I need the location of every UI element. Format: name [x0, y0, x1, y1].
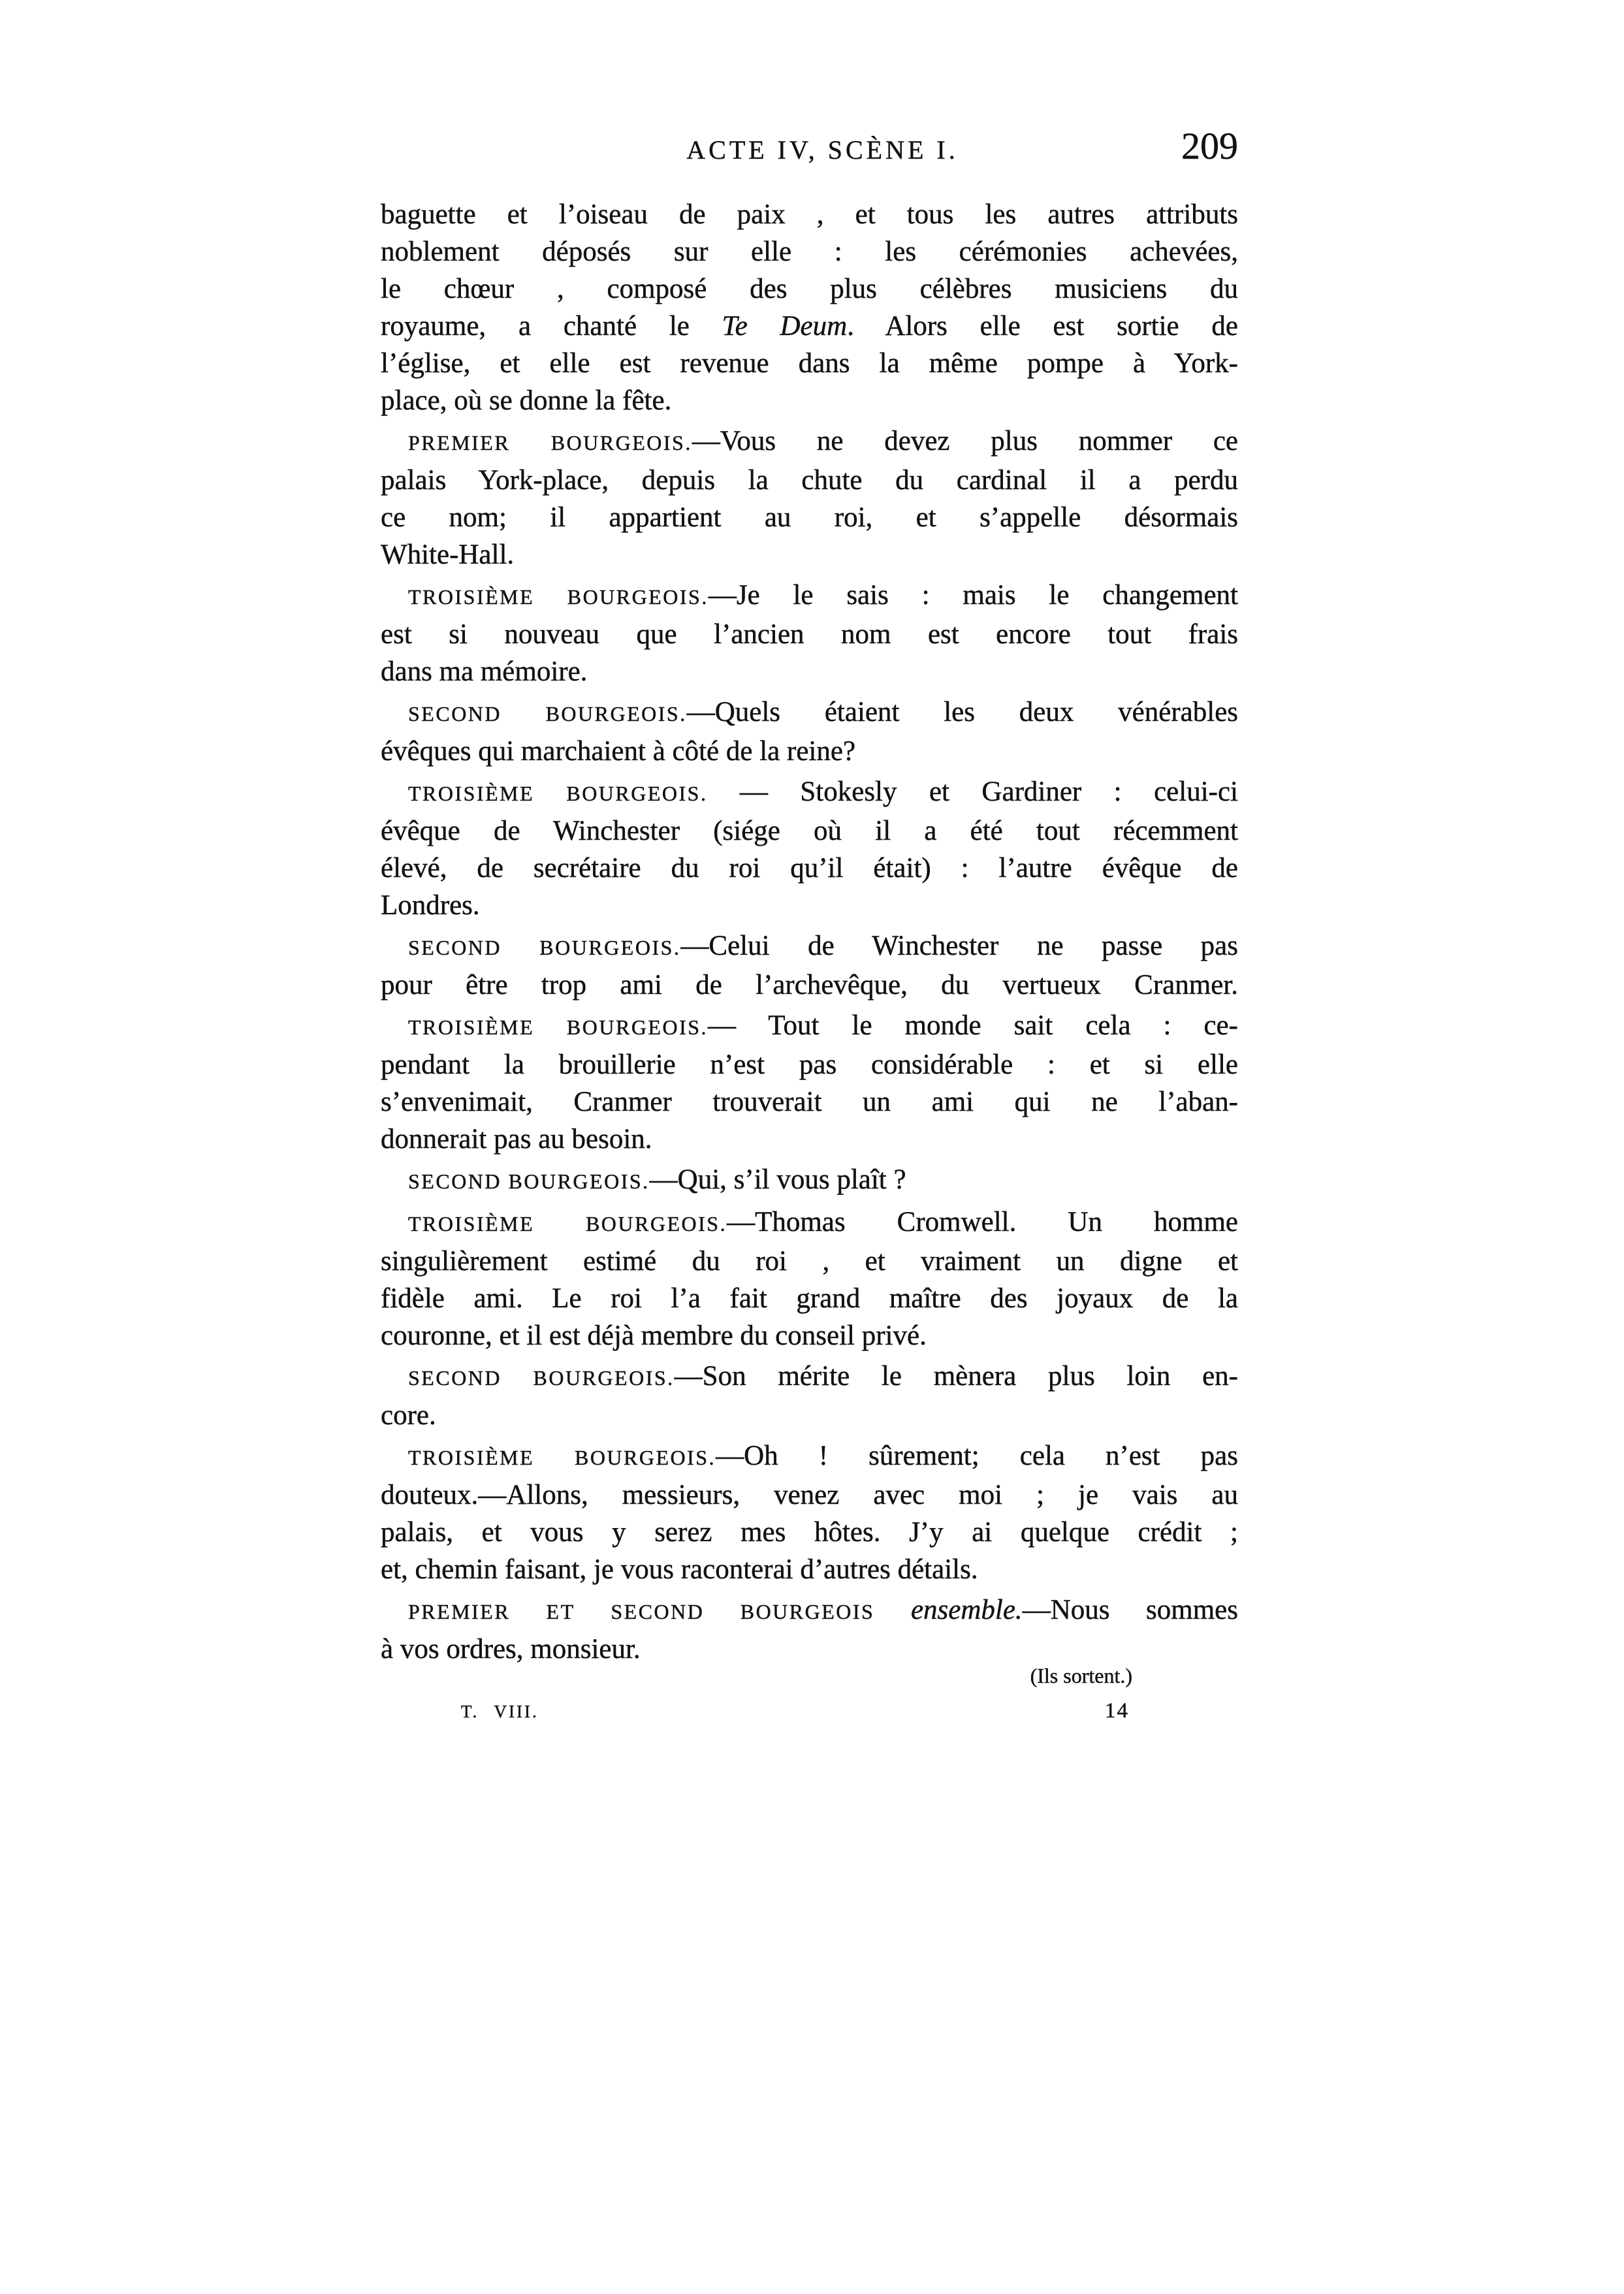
- text-line: SECOND BOURGEOIS.—Quels étaient les deux…: [381, 693, 1238, 733]
- text-line: élevé, de secrétaire du roi qu’il était)…: [381, 850, 1238, 887]
- speaker-name: SECOND BOURGEOIS.: [408, 1170, 650, 1193]
- text-segment: royaume, a chanté le: [381, 311, 722, 342]
- text-line: l’église, et elle est revenue dans la mê…: [381, 345, 1238, 382]
- text-segment: — Tout le monde sait cela : ce-: [708, 1010, 1238, 1041]
- speaker-name: PREMIER BOURGEOIS.: [408, 431, 692, 454]
- paragraph: PREMIER ET SECOND BOURGEOIS ensemble.—No…: [381, 1591, 1238, 1668]
- paragraph: TROISIÈME BOURGEOIS.—Je le sais : mais l…: [381, 577, 1238, 690]
- text-segment: —Quels étaient les deux vénérables: [687, 697, 1238, 727]
- text-line: White-Hall.: [381, 536, 1238, 573]
- text-line: TROISIÈME BOURGEOIS. — Stokesly et Gardi…: [381, 773, 1238, 812]
- footer: T. VIII. 14: [381, 1699, 1238, 1723]
- paragraph: TROISIÈME BOURGEOIS.—Thomas Cromwell. Un…: [381, 1203, 1238, 1354]
- text-line: pendant la brouillerie n’est pas considé…: [381, 1046, 1238, 1083]
- text-segment: noblement déposés sur elle : les cérémon…: [381, 236, 1238, 267]
- text-line: SECOND BOURGEOIS.—Celui de Winchester ne…: [381, 927, 1238, 966]
- page-number: 209: [381, 124, 1238, 168]
- text-segment: évêque de Winchester (siége où il a été …: [381, 816, 1238, 846]
- text-line: singulièrement estimé du roi , et vraime…: [381, 1243, 1238, 1280]
- book-page: ACTE IV, SCÈNE I. 209 baguette et l’oise…: [0, 0, 1624, 2294]
- text-segment: fidèle ami. Le roi l’a fait grand maître…: [381, 1283, 1238, 1314]
- speaker-name: TROISIÈME BOURGEOIS.: [408, 585, 709, 609]
- text-segment: ensemble.: [874, 1595, 1022, 1625]
- text-line: est si nouveau que l’ancien nom est enco…: [381, 616, 1238, 653]
- text-segment: évêques qui marchaient à côté de la rein…: [381, 736, 855, 767]
- speaker-name: TROISIÈME BOURGEOIS.: [408, 782, 707, 805]
- text-line: SECOND BOURGEOIS.—Qui, s’il vous plaît ?: [381, 1161, 1238, 1200]
- paragraph: TROISIÈME BOURGEOIS.—Oh ! sûrement; cela…: [381, 1437, 1238, 1588]
- speaker-name: SECOND BOURGEOIS.: [408, 702, 687, 725]
- text-segment: ce nom; il appartient au roi, et s’appel…: [381, 502, 1238, 533]
- text-segment: et, chemin faisant, je vous raconterai d…: [381, 1554, 978, 1585]
- text-segment: à vos ordres, monsieur.: [381, 1634, 641, 1665]
- text-segment: baguette et l’oiseau de paix , et tous l…: [381, 199, 1238, 230]
- text-segment: douteux.—Allons, messieurs, venez avec m…: [381, 1480, 1238, 1510]
- text-line: PREMIER ET SECOND BOURGEOIS ensemble.—No…: [381, 1591, 1238, 1631]
- paragraph: SECOND BOURGEOIS.—Celui de Winchester ne…: [381, 927, 1238, 1004]
- text-segment: place, où se donne la fête.: [381, 385, 671, 416]
- text-segment: est si nouveau que l’ancien nom est enco…: [381, 619, 1238, 650]
- signature-number: 14: [1105, 1699, 1129, 1723]
- speaker-name: TROISIÈME BOURGEOIS.: [408, 1212, 727, 1235]
- text-segment: l’église, et elle est revenue dans la mê…: [381, 348, 1238, 379]
- text-line: core.: [381, 1397, 1238, 1434]
- body-text: baguette et l’oiseau de paix , et tous l…: [381, 196, 1238, 1671]
- text-line: dans ma mémoire.: [381, 653, 1238, 690]
- text-segment: —Oh ! sûrement; cela n’est pas: [716, 1441, 1238, 1471]
- text-segment: core.: [381, 1400, 436, 1431]
- text-line: PREMIER BOURGEOIS.—Vous ne devez plus no…: [381, 422, 1238, 462]
- text-segment: singulièrement estimé du roi , et vraime…: [381, 1246, 1238, 1277]
- text-line: place, où se donne la fête.: [381, 382, 1238, 419]
- speaker-name: PREMIER ET SECOND BOURGEOIS: [408, 1600, 874, 1623]
- text-segment: —Celui de Winchester ne passe pas: [680, 931, 1238, 961]
- text-line: et, chemin faisant, je vous raconterai d…: [381, 1551, 1238, 1588]
- text-line: s’envenimait, Cranmer trouverait un ami …: [381, 1083, 1238, 1121]
- text-segment: le chœur , composé des plus célèbres mus…: [381, 274, 1238, 304]
- text-segment: — Stokesly et Gardiner : celui-ci: [707, 776, 1238, 807]
- text-segment: palais, et vous y serez mes hôtes. J’y a…: [381, 1517, 1238, 1548]
- text-segment: —Nous sommes: [1023, 1595, 1238, 1625]
- speaker-name: TROISIÈME BOURGEOIS.: [408, 1015, 708, 1039]
- text-segment: . Alors elle est sortie de: [847, 311, 1238, 342]
- text-segment: s’envenimait, Cranmer trouverait un ami …: [381, 1087, 1238, 1117]
- text-segment: couronne, et il est déjà membre du conse…: [381, 1320, 927, 1351]
- text-line: Londres.: [381, 887, 1238, 924]
- paragraph: TROISIÈME BOURGEOIS.— Tout le monde sait…: [381, 1007, 1238, 1158]
- text-segment: Londres.: [381, 890, 480, 921]
- volume-label: T. VIII.: [461, 1702, 539, 1722]
- text-segment: Te Deum: [722, 311, 848, 342]
- text-line: SECOND BOURGEOIS.—Son mérite le mènera p…: [381, 1358, 1238, 1397]
- text-line: TROISIÈME BOURGEOIS.— Tout le monde sait…: [381, 1007, 1238, 1046]
- text-line: TROISIÈME BOURGEOIS.—Thomas Cromwell. Un…: [381, 1203, 1238, 1243]
- speaker-name: SECOND BOURGEOIS.: [408, 1366, 675, 1390]
- text-line: ce nom; il appartient au roi, et s’appel…: [381, 499, 1238, 536]
- text-line: évêque de Winchester (siége où il a été …: [381, 812, 1238, 850]
- text-line: palais York-place, depuis la chute du ca…: [381, 462, 1238, 499]
- text-segment: palais York-place, depuis la chute du ca…: [381, 465, 1238, 496]
- text-segment: —Je le sais : mais le changement: [709, 580, 1238, 611]
- text-segment: White-Hall.: [381, 539, 514, 570]
- text-line: TROISIÈME BOURGEOIS.—Oh ! sûrement; cela…: [381, 1437, 1238, 1476]
- text-line: douteux.—Allons, messieurs, venez avec m…: [381, 1476, 1238, 1514]
- text-line: royaume, a chanté le Te Deum. Alors elle…: [381, 308, 1238, 345]
- text-line: évêques qui marchaient à côté de la rein…: [381, 733, 1238, 770]
- text-line: le chœur , composé des plus célèbres mus…: [381, 270, 1238, 308]
- text-line: fidèle ami. Le roi l’a fait grand maître…: [381, 1280, 1238, 1317]
- text-line: TROISIÈME BOURGEOIS.—Je le sais : mais l…: [381, 577, 1238, 616]
- text-segment: pendant la brouillerie n’est pas considé…: [381, 1049, 1238, 1080]
- text-segment: —Qui, s’il vous plaît ?: [650, 1164, 906, 1195]
- text-line: noblement déposés sur elle : les cérémon…: [381, 233, 1238, 270]
- text-line: palais, et vous y serez mes hôtes. J’y a…: [381, 1514, 1238, 1551]
- paragraph: SECOND BOURGEOIS.—Quels étaient les deux…: [381, 693, 1238, 770]
- speaker-name: TROISIÈME BOURGEOIS.: [408, 1446, 716, 1469]
- paragraph: PREMIER BOURGEOIS.—Vous ne devez plus no…: [381, 422, 1238, 573]
- paragraph: TROISIÈME BOURGEOIS. — Stokesly et Gardi…: [381, 773, 1238, 924]
- text-line: couronne, et il est déjà membre du conse…: [381, 1317, 1238, 1354]
- text-segment: élevé, de secrétaire du roi qu’il était)…: [381, 853, 1238, 884]
- speaker-name: SECOND BOURGEOIS.: [408, 936, 680, 959]
- text-line: donnerait pas au besoin.: [381, 1121, 1238, 1158]
- stage-direction: (Ils sortent.): [381, 1664, 1238, 1688]
- text-segment: —Thomas Cromwell. Un homme: [727, 1207, 1238, 1237]
- paragraph: SECOND BOURGEOIS.—Qui, s’il vous plaît ?: [381, 1161, 1238, 1200]
- text-line: baguette et l’oiseau de paix , et tous l…: [381, 196, 1238, 233]
- text-line: à vos ordres, monsieur.: [381, 1631, 1238, 1668]
- paragraph: SECOND BOURGEOIS.—Son mérite le mènera p…: [381, 1358, 1238, 1434]
- text-segment: donnerait pas au besoin.: [381, 1124, 652, 1155]
- text-segment: pour être trop ami de l’archevêque, du v…: [381, 970, 1238, 1000]
- text-line: pour être trop ami de l’archevêque, du v…: [381, 966, 1238, 1004]
- text-segment: —Son mérite le mènera plus loin en-: [675, 1361, 1238, 1392]
- paragraph: baguette et l’oiseau de paix , et tous l…: [381, 196, 1238, 419]
- text-segment: dans ma mémoire.: [381, 656, 587, 687]
- text-segment: —Vous ne devez plus nommer ce: [692, 426, 1238, 456]
